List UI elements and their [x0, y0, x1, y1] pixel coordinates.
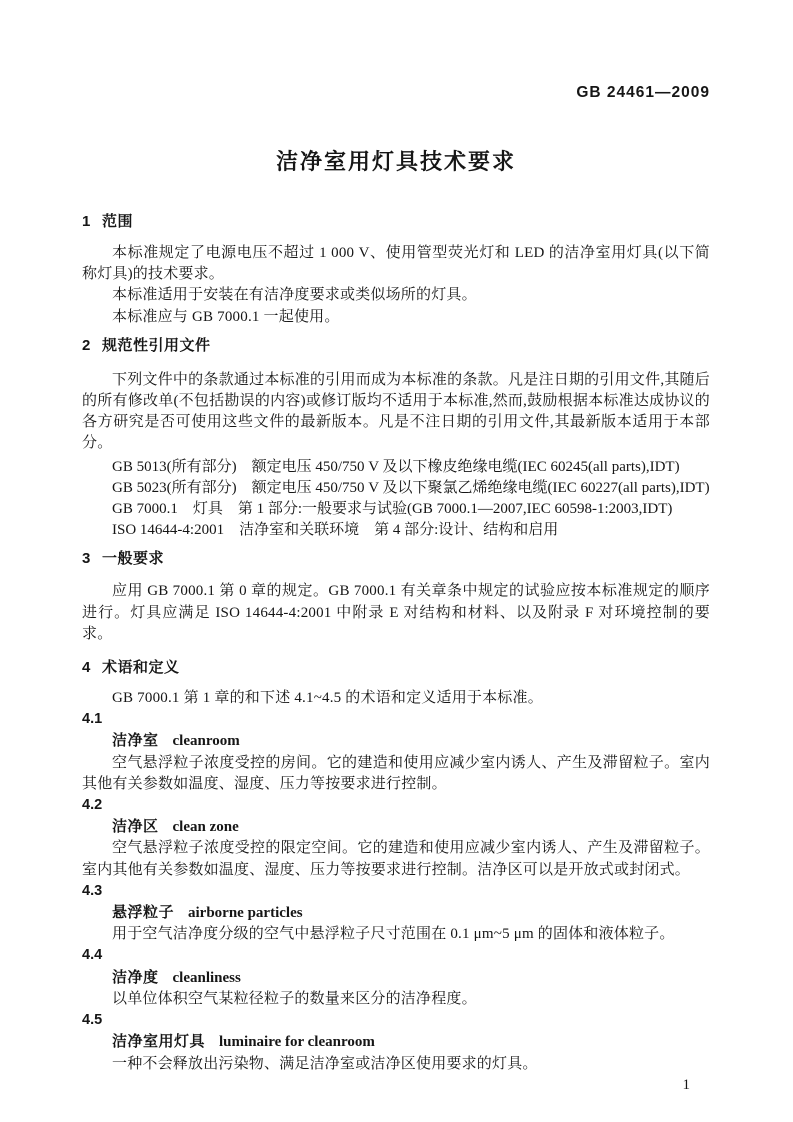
reference-item: ISO 14644-4:2001 洁净室和关联环境 第 4 部分:设计、结构和启… [82, 520, 710, 541]
term-chinese: 洁净室用灯具 [112, 1033, 205, 1050]
term-english: cleanroom [173, 733, 240, 749]
section-title: 规范性引用文件 [102, 337, 211, 354]
definition-number: 4.2 [82, 795, 710, 816]
page-number: 1 [82, 1075, 710, 1096]
paragraph: 下列文件中的条款通过本标准的引用而成为本标准的条款。凡是注日期的引用文件,其随后… [82, 370, 710, 455]
term-chinese: 悬浮粒子 [112, 904, 174, 921]
definition-number: 4.3 [82, 881, 710, 902]
terms-intro-paragraph: GB 7000.1 第 1 章的和下述 4.1~4.5 的术语和定义适用于本标准… [82, 688, 710, 709]
term-chinese: 洁净区 [112, 818, 159, 835]
page-title: 洁净室用灯具技术要求 [82, 147, 710, 177]
definition-number: 4.1 [82, 709, 710, 730]
section-heading-scope: 1范围 [82, 211, 710, 233]
section-heading-general-requirements: 3一般要求 [82, 548, 710, 570]
section-heading-terms-definitions: 4术语和定义 [82, 657, 710, 679]
term-english: clean zone [173, 819, 239, 835]
section-title: 术语和定义 [102, 659, 180, 676]
definition-body: 空气悬浮粒子浓度受控的限定空间。它的建造和使用应减少室内诱人、产生及滞留粒子。室… [82, 838, 710, 880]
term-chinese: 洁净度 [112, 969, 159, 986]
definition-body: 一种不会释放出污染物、满足洁净室或洁净区使用要求的灯具。 [82, 1054, 710, 1075]
section-title: 范围 [102, 213, 133, 230]
paragraph: 本标准规定了电源电压不超过 1 000 V、使用管型荧光灯和 LED 的洁净室用… [82, 243, 710, 285]
definition-number: 4.5 [82, 1010, 710, 1031]
section-heading-normative-references: 2规范性引用文件 [82, 335, 710, 357]
definition-term: 洁净度cleanliness [82, 967, 710, 989]
section-number: 1 [82, 211, 102, 233]
section-number: 3 [82, 548, 102, 570]
term-chinese: 洁净室 [112, 732, 159, 749]
definition-term: 洁净室用灯具luminaire for cleanroom [82, 1031, 710, 1053]
reference-item: GB 7000.1 灯具 第 1 部分:一般要求与试验(GB 7000.1—20… [82, 499, 710, 520]
standard-document-page: GB 24461—2009 洁净室用灯具技术要求 1范围 本标准规定了电源电压不… [0, 0, 793, 1122]
doc-code: GB 24461—2009 [82, 84, 710, 102]
term-english: luminaire for cleanroom [219, 1034, 375, 1050]
section-title: 一般要求 [102, 550, 164, 567]
reference-item: GB 5013(所有部分) 额定电压 450/750 V 及以下橡皮绝缘电缆(I… [82, 457, 710, 478]
paragraph: 应用 GB 7000.1 第 0 章的规定。GB 7000.1 有关章条中规定的… [82, 581, 710, 645]
section-number: 2 [82, 335, 102, 357]
definition-term: 洁净室cleanroom [82, 730, 710, 752]
definition-number: 4.4 [82, 945, 710, 966]
term-english: cleanliness [173, 970, 241, 986]
section-number: 4 [82, 657, 102, 679]
paragraph: 本标准应与 GB 7000.1 一起使用。 [82, 307, 710, 328]
definition-body: 以单位体积空气某粒径粒子的数量来区分的洁净程度。 [82, 989, 710, 1010]
reference-item: GB 5023(所有部分) 额定电压 450/750 V 及以下聚氯乙烯绝缘电缆… [82, 478, 710, 499]
definition-term: 悬浮粒子airborne particles [82, 902, 710, 924]
term-english: airborne particles [188, 905, 303, 921]
definition-body: 空气悬浮粒子浓度受控的房间。它的建造和使用应减少室内诱人、产生及滞留粒子。室内其… [82, 753, 710, 795]
reference-list: GB 5013(所有部分) 额定电压 450/750 V 及以下橡皮绝缘电缆(I… [82, 457, 710, 542]
definition-body: 用于空气洁净度分级的空气中悬浮粒子尺寸范围在 0.1 μm~5 μm 的固体和液… [82, 924, 710, 945]
paragraph: 本标准适用于安装在有洁净度要求或类似场所的灯具。 [82, 285, 710, 306]
definition-term: 洁净区clean zone [82, 816, 710, 838]
